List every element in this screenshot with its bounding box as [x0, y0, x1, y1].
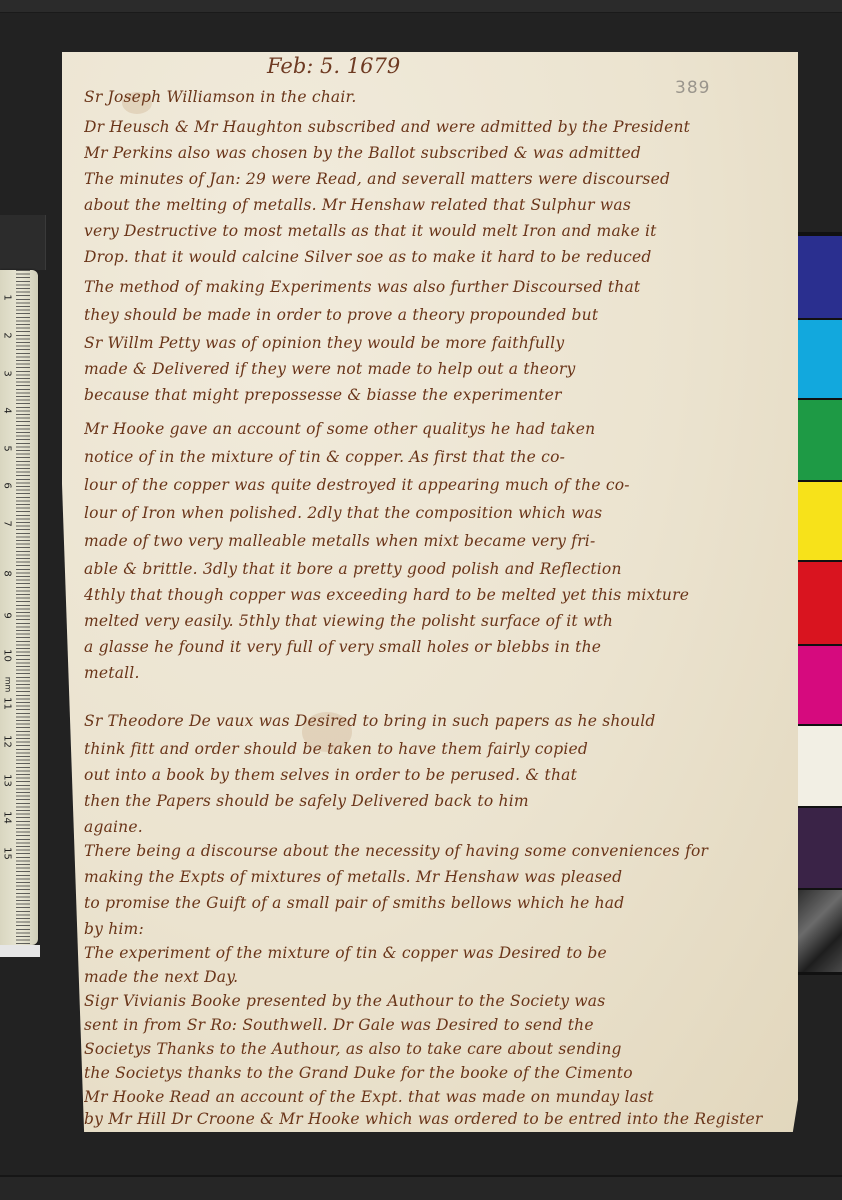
swatch-cyan [794, 320, 842, 398]
manuscript-line: about the melting of metalls. Mr Henshaw… [84, 196, 798, 214]
manuscript-line: There being a discourse about the necess… [84, 842, 798, 860]
manuscript-line: very Destructive to most metalls as that… [84, 222, 798, 240]
ruler-label: 8 [2, 567, 13, 581]
ruler-label: 9 [2, 609, 13, 623]
manuscript-line: made the next Day. [84, 968, 798, 986]
ruler-label: 11 [2, 697, 13, 711]
top-border [0, 0, 842, 13]
manuscript-line: able & brittle. 3dly that it bore a pret… [84, 560, 798, 578]
manuscript-line: they should be made in order to prove a … [84, 306, 798, 324]
ruler-label: 12 [2, 735, 13, 749]
manuscript-line: made & Delivered if they were not made t… [84, 360, 798, 378]
manuscript-line: by him: [84, 920, 798, 938]
manuscript-line: Dr Heusch & Mr Haughton subscribed and w… [84, 118, 798, 136]
bottom-border [0, 1175, 842, 1200]
manuscript-line: the Societys thanks to the Grand Duke fo… [84, 1064, 798, 1082]
swatch-red [794, 562, 842, 644]
manuscript-line: because that might prepossesse & biasse … [84, 386, 798, 404]
ruler-unit: mm [3, 677, 12, 693]
manuscript-line: then the Papers should be safely Deliver… [84, 792, 798, 810]
manuscript-line: Sr Theodore De vaux was Desired to bring… [84, 712, 798, 730]
manuscript-line: againe. [84, 818, 798, 836]
manuscript-line: to promise the Guift of a small pair of … [84, 894, 798, 912]
manuscript-line: Mr Hooke Read an account of the Expt. th… [84, 1088, 798, 1106]
ruler-ticks [16, 270, 30, 945]
manuscript-page: 389 Feb: 5. 1679 Sr Joseph Williamson in… [62, 52, 798, 1132]
manuscript-line: The method of making Experiments was als… [84, 278, 798, 296]
swatch-magenta [794, 646, 842, 724]
manuscript-line: made of two very malleable metalls when … [84, 532, 798, 550]
measurement-ruler: 1 2 3 4 5 6 7 8 9 10 mm 11 12 13 14 15 [0, 270, 38, 945]
swatch-green [794, 400, 842, 480]
ruler-label: 6 [2, 479, 13, 493]
ruler-label: 3 [2, 367, 13, 381]
ruler-label: 2 [2, 329, 13, 343]
ruler-label: 1 [2, 291, 13, 305]
manuscript-line: The minutes of Jan: 29 were Read, and se… [84, 170, 798, 188]
ruler-label: 5 [2, 442, 13, 456]
manuscript-line: notice of in the mixture of tin & copper… [84, 448, 798, 466]
swatch-yellow [794, 482, 842, 560]
swatch-blue [794, 236, 842, 318]
manuscript-line: The experiment of the mixture of tin & c… [84, 944, 798, 962]
manuscript-line: Sr Willm Petty was of opinion they would… [84, 334, 798, 352]
manuscript-line: Sr Joseph Williamson in the chair. [84, 88, 798, 106]
manuscript-line: think fitt and order should be taken to … [84, 740, 798, 758]
swatch-black [794, 890, 842, 972]
ruler-end-cap [0, 215, 46, 270]
swatch-white [794, 726, 842, 806]
ruler-base [0, 945, 40, 957]
ruler-label: 4 [2, 404, 13, 418]
manuscript-line: making the Expts of mixtures of metalls.… [84, 868, 798, 886]
ruler-label: 13 [2, 774, 13, 788]
ruler-label: 7 [2, 517, 13, 531]
ruler-label: 15 [2, 847, 13, 861]
manuscript-line: Societys Thanks to the Authour, as also … [84, 1040, 798, 1058]
manuscript-line: Sigr Vivianis Booke presented by the Aut… [84, 992, 798, 1010]
ruler-label: 10 [2, 649, 13, 663]
manuscript-line: lour of Iron when polished. 2dly that th… [84, 504, 798, 522]
color-calibration-strip [792, 232, 842, 975]
manuscript-line: melted very easily. 5thly that viewing t… [84, 612, 798, 630]
ruler-label: 14 [2, 811, 13, 825]
manuscript-line: a glasse he found it very full of very s… [84, 638, 798, 656]
manuscript-line: sent in from Sr Ro: Southwell. Dr Gale w… [84, 1016, 798, 1034]
manuscript-line: metall. [84, 664, 798, 682]
manuscript-line: lour of the copper was quite destroyed i… [84, 476, 798, 494]
manuscript-line: Mr Hooke gave an account of some other q… [84, 420, 798, 438]
manuscript-line: Drop. that it would calcine Silver soe a… [84, 248, 798, 266]
manuscript-line: by Mr Hill Dr Croone & Mr Hooke which wa… [84, 1110, 798, 1128]
swatch-purple [794, 808, 842, 888]
entry-date: Feb: 5. 1679 [267, 54, 400, 78]
manuscript-line: out into a book by them selves in order … [84, 766, 798, 784]
manuscript-line: Mr Perkins also was chosen by the Ballot… [84, 144, 798, 162]
manuscript-line: 4thly that though copper was exceeding h… [84, 586, 798, 604]
